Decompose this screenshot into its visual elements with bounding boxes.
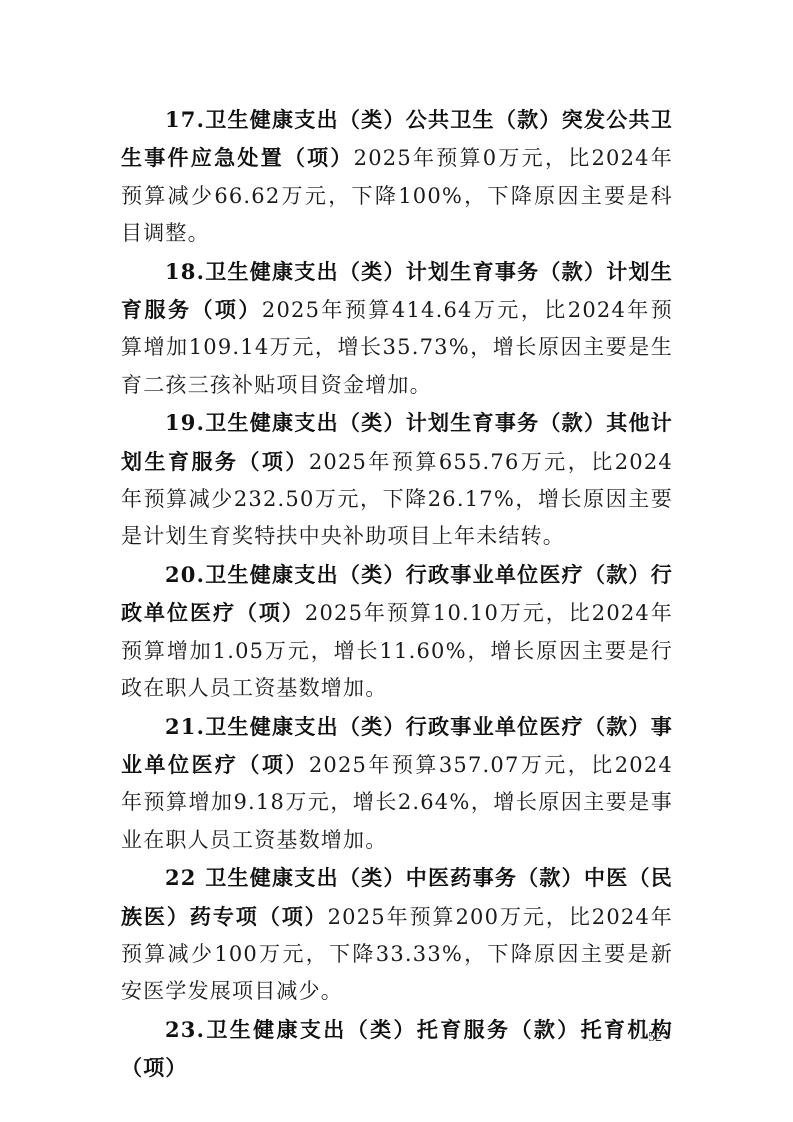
paragraph-17: 17.卫生健康支出（类）公共卫生（款）突发公共卫生事件应急处置（项）2025年预…	[121, 101, 673, 253]
paragraph-18: 18.卫生健康支出（类）计划生育事务（款）计划生育服务（项）2025年预算414…	[121, 253, 673, 405]
paragraph-20: 20.卫生健康支出（类）行政事业单位医疗（款）行政单位医疗（项）2025年预算1…	[121, 556, 673, 708]
page-number: - 52 -	[640, 1030, 670, 1046]
document-page: 17.卫生健康支出（类）公共卫生（款）突发公共卫生事件应急处置（项）2025年预…	[121, 101, 673, 1088]
paragraph-22: 22 卫生健康支出（类）中医药事务（款）中医（民族医）药专项（项）2025年预算…	[121, 859, 673, 1011]
paragraph-heading: 23.卫生健康支出（类）托育服务（款）托育机构（项）	[121, 1017, 673, 1080]
paragraph-23: 23.卫生健康支出（类）托育服务（款）托育机构（项）	[121, 1011, 673, 1088]
paragraph-19: 19.卫生健康支出（类）计划生育事务（款）其他计划生育服务（项）2025年预算6…	[121, 404, 673, 556]
paragraph-21: 21.卫生健康支出（类）行政事业单位医疗（款）事业单位医疗（项）2025年预算3…	[121, 708, 673, 860]
